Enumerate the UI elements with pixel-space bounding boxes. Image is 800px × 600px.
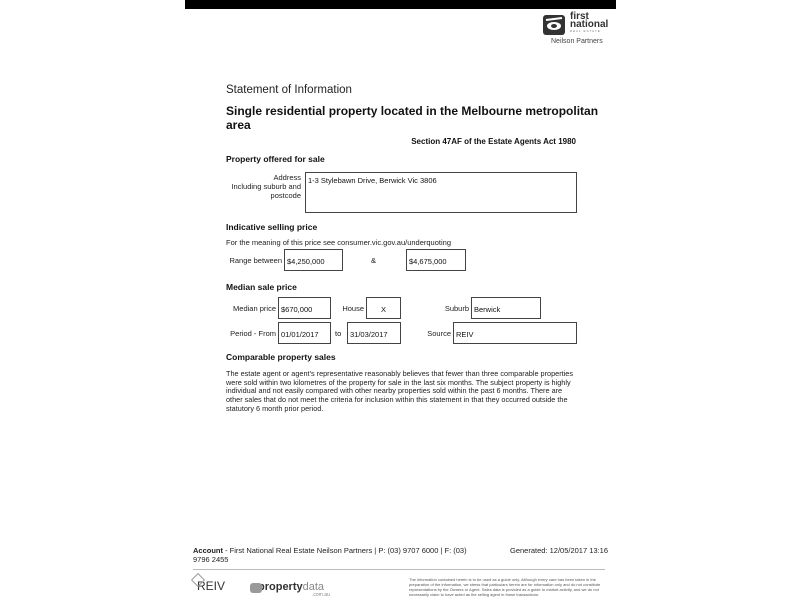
source-label: Source [420, 329, 451, 338]
account-label: Account [193, 546, 223, 555]
propertydata-logo: propertydata .com.au [258, 581, 324, 593]
section-property: Property offered for sale [226, 154, 325, 164]
underquoting-note: For the meaning of this price see consum… [226, 238, 451, 247]
brand-line2: national [570, 21, 608, 29]
address-label-line3: postcode [226, 191, 301, 200]
source-field[interactable]: REIV [453, 322, 577, 344]
comparable-text: The estate agent or agent's representati… [226, 370, 578, 414]
address-label-line2: Including suburb and [226, 182, 301, 191]
generated-timestamp: Generated: 12/05/2017 13:16 [510, 546, 610, 555]
section-comparable: Comparable property sales [226, 352, 336, 362]
agency-logo: first national REAL ESTATE Neilson Partn… [540, 13, 610, 47]
address-label: Address Including suburb and postcode [226, 173, 301, 200]
house-label: House [338, 304, 364, 313]
act-reference: Section 47AF of the Estate Agents Act 19… [360, 137, 576, 146]
range-label: Range between [226, 256, 282, 265]
account-info: Account - First National Real Estate Nei… [193, 546, 483, 564]
brand-subtitle: Neilson Partners [551, 38, 603, 45]
section-median: Median sale price [226, 282, 297, 292]
address-field[interactable]: 1-3 Stylebawn Drive, Berwick Vic 3806 [305, 172, 577, 213]
document-title: Statement of Information [226, 84, 352, 96]
account-text: - First National Real Estate Neilson Par… [193, 546, 467, 564]
suburb-label: Suburb [430, 304, 469, 313]
document-heading: Single residential property located in t… [226, 104, 606, 132]
median-price-field[interactable]: $670,000 [278, 297, 331, 319]
address-label-line1: Address [226, 173, 301, 182]
range-high-field[interactable]: $4,675,000 [406, 249, 466, 271]
propertydata-bold: property [258, 581, 303, 593]
top-bar [185, 0, 616, 9]
reiv-logo: REIV [197, 579, 225, 593]
house-field[interactable]: X [366, 297, 401, 319]
range-low-field[interactable]: $4,250,000 [284, 249, 343, 271]
range-ampersand: & [371, 256, 376, 265]
period-from-label: Period - From [226, 329, 276, 338]
period-to-label: to [335, 329, 341, 338]
propertydata-icon [250, 583, 262, 593]
disclaimer-text: The information contained herein is to b… [409, 577, 609, 597]
brand-name: first national REAL ESTATE [570, 13, 608, 33]
footer-divider [193, 569, 605, 570]
first-national-logo-icon [543, 15, 565, 35]
section-indicative: Indicative selling price [226, 222, 317, 232]
period-from-field[interactable]: 01/01/2017 [278, 322, 331, 344]
suburb-field[interactable]: Berwick [471, 297, 541, 319]
propertydata-domain: .com.au [312, 592, 330, 598]
median-price-label: Median price [226, 304, 276, 313]
period-to-field[interactable]: 31/03/2017 [347, 322, 401, 344]
